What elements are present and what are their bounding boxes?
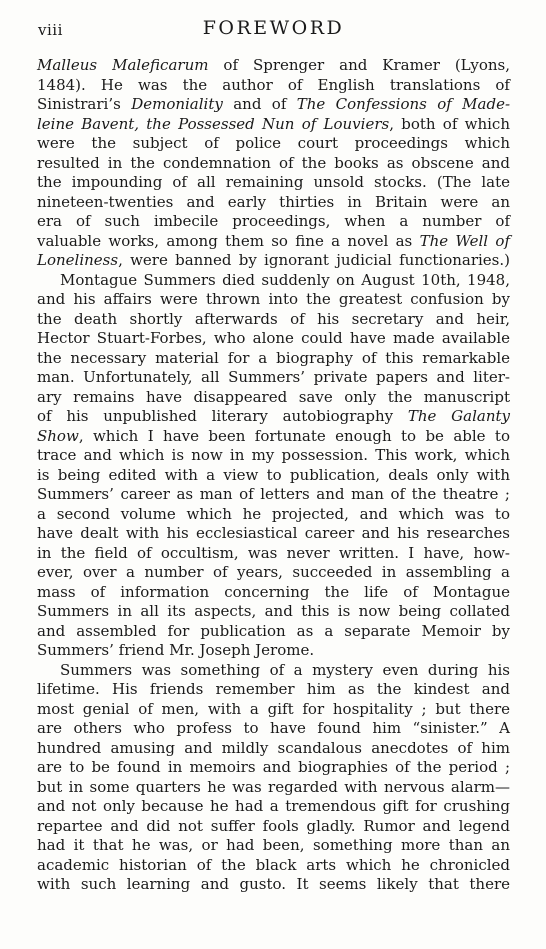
text-line: and not only because he had a tremendous… bbox=[37, 797, 510, 817]
text-line: ary remains have disappeared save only t… bbox=[37, 388, 510, 408]
text-line: Summers was something of a mystery even … bbox=[37, 661, 510, 681]
text-line: the necessary material for a biography o… bbox=[37, 349, 510, 369]
text-line: in the field of occultism, was never wri… bbox=[37, 544, 510, 564]
text-line: the impounding of all remaining unsold s… bbox=[37, 173, 510, 193]
text-line: the death shortly afterwards of his secr… bbox=[37, 310, 510, 330]
body-text: Malleus Maleficarum of Sprenger and Kram… bbox=[37, 56, 510, 895]
text-line: are to be found in memoirs and biographi… bbox=[37, 758, 510, 778]
text-line: academic historian of the black arts whi… bbox=[37, 856, 510, 876]
text-line: man. Unfortunately, all Summers’ private… bbox=[37, 368, 510, 388]
text-line: but in some quarters he was regarded wit… bbox=[37, 778, 510, 798]
text-line: most genial of men, with a gift for hosp… bbox=[37, 700, 510, 720]
text-line: and his affairs were thrown into the gre… bbox=[37, 290, 510, 310]
text-line: repartee and did not suffer fools gladly… bbox=[37, 817, 510, 837]
text-line: nineteen-twenties and early thirties in … bbox=[37, 193, 510, 213]
text-line: Hector Stuart-Forbes, who alone could ha… bbox=[37, 329, 510, 349]
page-number: viii bbox=[38, 21, 63, 39]
page-header-title: FOREWORD bbox=[37, 14, 510, 42]
text-line: of his unpublished literary autobiograph… bbox=[37, 407, 510, 427]
text-line: Montague Summers died suddenly on August… bbox=[37, 271, 510, 291]
text-line: leine Bavent, the Possessed Nun of Louvi… bbox=[37, 115, 510, 135]
text-line: were the subject of police court proceed… bbox=[37, 134, 510, 154]
text-line: ever, over a number of years, succeeded … bbox=[37, 563, 510, 583]
text-line: mass of information concerning the life … bbox=[37, 583, 510, 603]
text-line: Summers’ friend Mr. Joseph Jerome. bbox=[37, 641, 510, 661]
text-line: hundred amusing and mildly scandalous an… bbox=[37, 739, 510, 759]
text-line: with such learning and gusto. It seems l… bbox=[37, 875, 510, 895]
text-line: Sinistrari’s Demoniality and of The Conf… bbox=[37, 95, 510, 115]
text-line: era of such imbecile proceedings, when a… bbox=[37, 212, 510, 232]
text-line: had it that he was, or had been, somethi… bbox=[37, 836, 510, 856]
text-line: Malleus Maleficarum of Sprenger and Kram… bbox=[37, 56, 510, 76]
text-line: trace and which is now in my possession.… bbox=[37, 446, 510, 466]
text-line: resulted in the condemnation of the book… bbox=[37, 154, 510, 174]
text-line: have dealt with his ecclesiastical caree… bbox=[37, 524, 510, 544]
text-line: is being edited with a view to publicati… bbox=[37, 466, 510, 486]
page-header: viii FOREWORD bbox=[37, 14, 510, 42]
text-line: Summers in all its aspects, and this is … bbox=[37, 602, 510, 622]
text-line: and assembled for publication as a separ… bbox=[37, 622, 510, 642]
book-page: viii FOREWORD Malleus Maleficarum of Spr… bbox=[0, 0, 546, 949]
text-line: a second volume which he projected, and … bbox=[37, 505, 510, 525]
text-line: Loneliness, were banned by ignorant judi… bbox=[37, 251, 510, 271]
text-line: valuable works, among them so fine a nov… bbox=[37, 232, 510, 252]
text-line: lifetime. His friends remember him as th… bbox=[37, 680, 510, 700]
text-line: Show, which I have been fortunate enough… bbox=[37, 427, 510, 447]
text-line: 1484). He was the author of English tran… bbox=[37, 76, 510, 96]
text-line: are others who profess to have found him… bbox=[37, 719, 510, 739]
text-line: Summers’ career as man of letters and ma… bbox=[37, 485, 510, 505]
